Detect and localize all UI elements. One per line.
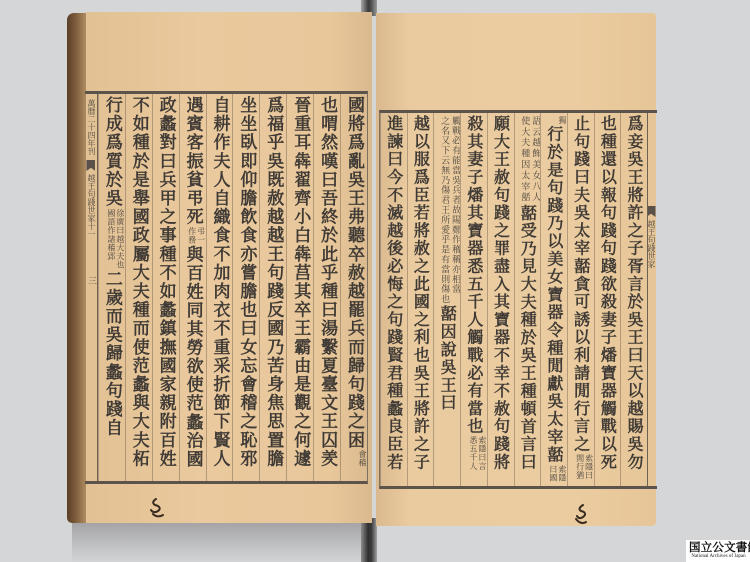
annotation-note: 索隱曰閒行猶 <box>576 454 594 480</box>
fishtail-mark-icon <box>86 160 95 171</box>
main-text: 晉重耳犇翟齊小白犇莒其卒王霸由是觀之何遽不 <box>286 96 310 468</box>
note-line: 使大夫種因太宰嚭 <box>518 116 529 203</box>
watermark-name-en: National Archives of Japan <box>689 554 748 560</box>
gutter-shadow-bottom <box>361 518 377 562</box>
note-line: 國語作諸稽郢 <box>107 209 116 269</box>
annotation-note: 獨 <box>558 116 567 125</box>
text-column: 行成爲質於吳徐廣曰越大夫也國語作諸稽郢二歲而吳歸蠡句踐自 <box>98 94 125 481</box>
main-text: 也種還以報句踐句踐欲殺妻子燔寶器觸戰以死種 <box>594 115 618 471</box>
edition-label: 萬曆二十四年刊 <box>85 99 97 155</box>
main-text: 自耕作夫人自織食不加肉衣不重采折節下賢人厚 <box>206 96 230 468</box>
book-shadow <box>72 523 372 562</box>
text-column: 爲福乎吳既赦越越王句踐反國乃苦身焦思置膽於 <box>259 94 286 481</box>
page-number: 三 <box>85 276 97 285</box>
main-text: 願大王赦句踐之罪盡入其寶器不幸不赦句踐將盡 <box>487 115 511 471</box>
main-text: 行於是句踐乃以美女寶器令種閒獻吳太宰嚭 <box>545 126 564 464</box>
book-page-edges <box>67 13 87 523</box>
note-line: 索隱曰言 <box>478 436 487 470</box>
text-column: 殺其妻子燔其寶器悉五千人觸戰必有當也索隱曰言悉五千人 <box>460 113 487 486</box>
chapter-title: 越王句踐世家十一 <box>85 174 97 238</box>
note-line: 閒行猶 <box>576 454 585 480</box>
note-line: 曰國 <box>549 465 558 482</box>
note-line: 獨 <box>558 116 567 125</box>
text-column: 不如種於是舉國政屬大夫種而使范蠡與大夫柘稽 <box>125 94 152 481</box>
main-text: 越以服爲臣若將赦之此國之利也吳王將許之子胥 <box>407 115 431 471</box>
text-column: 語云越飾美女八人使大夫種因太宰嚭嚭受乃見大夫種於吳王種頓首言曰 <box>514 113 541 486</box>
text-column: 自耕作夫人自織食不加肉衣不重采折節下賢人厚 <box>206 94 233 481</box>
main-text: 政蠡對曰兵甲之事種不如蠡鎮撫國家親附百姓蠡 <box>152 96 176 468</box>
page-margin-column: 越王句踐世家 <box>647 113 657 486</box>
note-line: 觸戰必有能當吳兵者故陽鄭作稽稱亦相當 <box>449 116 460 304</box>
main-text: 爲福乎吳既赦越越王句踐反國乃苦身焦思置膽於 <box>259 96 283 468</box>
text-column: 止句踐曰夫吳太宰嚭貪可誘以利請閒行言之索隱曰閒行猶 <box>567 113 594 486</box>
main-text: 嚭受乃見大夫種於吳王種頓首言曰 <box>518 204 537 471</box>
ink-mark-icon <box>148 497 166 519</box>
text-column: 獨行於是句踐乃以美女寶器令種閒獻吳太宰嚭索隱曰國 <box>540 113 567 486</box>
text-column: 進諫曰今不滅越後必悔之句踐賢君種蠡良臣若反 <box>380 113 407 486</box>
fishtail-mark-icon <box>647 206 655 217</box>
text-column: 遇賓客振貧弔死弔一作務與百姓同其勞欲使范蠡治國 <box>179 94 206 481</box>
archive-watermark: 国立公文書館 National Archives of Japan <box>686 540 750 562</box>
chapter-title: 越王句踐世家 <box>647 220 657 268</box>
right-page-text-block: 越王句踐世家 爲妾吳王將許之子胥言於吳王曰天以越賜吳勿許 也種還以報句踐句踐欲殺… <box>379 110 657 489</box>
text-column: 越以服爲臣若將赦之此國之利也吳王將許之子胥 <box>407 113 434 486</box>
main-text: 二歲而吳歸蠡句踐自 <box>102 270 122 437</box>
text-column: 晉重耳犇翟齊小白犇莒其卒王霸由是觀之何遽不 <box>286 94 313 481</box>
main-text: 遇賓客振貧弔死 <box>183 96 203 226</box>
annotation-note: 索隱曰國 <box>549 465 567 482</box>
main-text: 不如種於是舉國政屬大夫種而使范蠡與大夫柘稽 <box>125 96 149 468</box>
watermark-name-ja: 国立公文書館 <box>689 541 748 554</box>
main-text: 進諫曰今不滅越後必悔之句踐賢君種蠡良臣若反 <box>380 115 404 471</box>
text-column: 觸戰必有能當吳兵者故陽鄭作稽稱亦相當之名又下云無乃傷君王所愛乎是有當則傷也嚭因說… <box>433 113 460 486</box>
note-line: 弔一 <box>197 227 206 244</box>
note-line: 悉五千人 <box>469 436 478 470</box>
main-text: 嚭因說吳王曰 <box>438 305 457 412</box>
note-line: 會稽 <box>358 450 367 467</box>
note-line: 索隱曰 <box>585 454 594 480</box>
text-column: 政蠡對曰兵甲之事種不如蠡鎮撫國家親附百姓蠡 <box>152 94 179 481</box>
page-margin-column: 萬曆二十四年刊越王句踐世家十一三 <box>85 94 98 481</box>
text-column: 願大王赦句踐之罪盡入其寶器不幸不赦句踐將盡 <box>487 113 514 486</box>
main-text: 行成爲質於吳 <box>102 96 122 208</box>
main-text: 殺其妻子燔其寶器悉五千人觸戰必有當也 <box>465 115 484 435</box>
text-column: 爲妾吳王將許之子胥言於吳王曰天以越賜吳勿許 <box>620 113 647 486</box>
left-page-text-block: 國將爲亂吳王弗聽卒赦越罷兵而歸句踐之困會稽 也喟然嘆曰吾終於此乎種曰湯繫夏臺文王… <box>85 91 368 484</box>
ink-mark-icon <box>573 503 591 525</box>
main-text: 也喟然嘆曰吾終於此乎種曰湯繫夏臺文王囚羑里 <box>313 96 337 468</box>
note-line: 索隱 <box>558 465 567 482</box>
main-text: 坐坐臥即仰膽飲食亦嘗膽也曰女忘會稽之恥邪身 <box>232 96 256 468</box>
main-text: 爲妾吳王將許之子胥言於吳王曰天以越賜吳勿許 <box>620 115 644 471</box>
text-column: 國將爲亂吳王弗聽卒赦越罷兵而歸句踐之困會稽 <box>340 94 367 481</box>
text-column: 也種還以報句踐句踐欲殺妻子燔寶器觸戰以死種 <box>594 113 621 486</box>
main-text: 與百姓同其勞欲使范蠡治國 <box>183 245 203 468</box>
note-line: 徐廣曰越大夫也 <box>116 209 125 269</box>
main-text: 止句踐曰夫吳太宰嚭貪可誘以利請閒行言之 <box>572 115 591 453</box>
text-column: 坐坐臥即仰膽飲食亦嘗膽也曰女忘會稽之恥邪身 <box>232 94 259 481</box>
annotation-note: 徐廣曰越大夫也國語作諸稽郢 <box>107 209 125 269</box>
note-line: 作務 <box>188 227 197 244</box>
text-column: 也喟然嘆曰吾終於此乎種曰湯繫夏臺文王囚羑里 <box>313 94 340 481</box>
annotation-note: 索隱曰言悉五千人 <box>469 436 487 470</box>
note-line: 之名又下云無乃傷君王所愛乎是有當則傷也 <box>438 116 449 304</box>
note-line: 語云越飾美女八人 <box>529 116 540 203</box>
annotation-note: 會稽 <box>358 450 367 467</box>
annotation-note: 觸戰必有能當吳兵者故陽鄭作稽稱亦相當之名又下云無乃傷君王所愛乎是有當則傷也 <box>438 116 460 304</box>
main-text: 國將爲亂吳王弗聽卒赦越罷兵而歸句踐之困 <box>344 96 364 449</box>
annotation-note: 弔一作務 <box>188 227 206 244</box>
annotation-note: 語云越飾美女八人使大夫種因太宰嚭 <box>518 116 540 203</box>
